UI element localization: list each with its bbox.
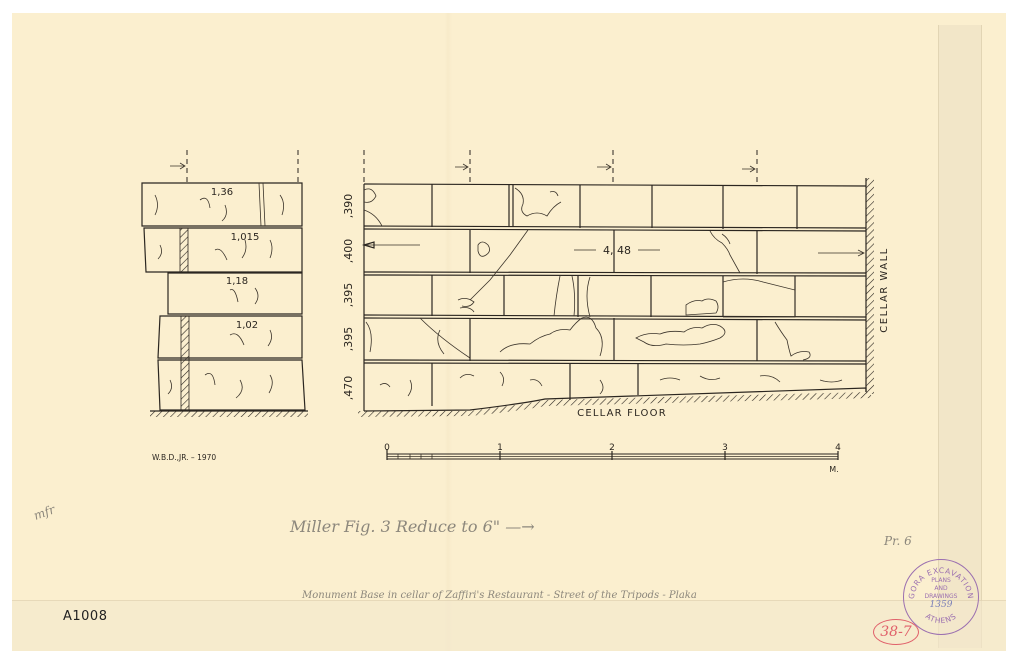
- scale-tick-0: 0: [384, 443, 390, 453]
- course-height-3: ,395: [342, 283, 355, 308]
- course-height-5: ,470: [342, 376, 355, 401]
- scale-bar: 0 1 2 3 4 M.: [384, 443, 841, 474]
- pencil-note-reduce: Miller Fig. 3 Reduce to 6" —→: [289, 517, 535, 536]
- pencil-caption: Monument Base in cellar of Zaffiri's Res…: [301, 590, 697, 601]
- scale-tick-3: 3: [722, 443, 728, 453]
- course-height-4: ,395: [342, 327, 355, 352]
- stamp-number: 1359: [904, 601, 978, 609]
- scale-tick-2: 2: [609, 443, 615, 453]
- pencil-corner-note: Pr. 6: [883, 534, 912, 548]
- pencil-initials: mfr: [32, 502, 58, 523]
- course-width-3: 1,18: [226, 276, 248, 287]
- cellar-floor-label: CELLAR FLOOR: [577, 408, 667, 419]
- length-dimension: 4, 48: [603, 244, 631, 257]
- stamp-outer-bottom: ATHENS: [924, 611, 958, 625]
- course-height-1: ,390: [342, 194, 355, 219]
- svg-text:ATHENS: ATHENS: [924, 611, 958, 625]
- red-number-stamp: 38-7: [873, 619, 919, 645]
- cellar-wall-label: CELLAR WALL: [879, 247, 890, 332]
- author-credit: W.B.D.,JR. – 1970: [152, 453, 216, 462]
- architectural-drawing: 1,36 1,015 1,18 1,02: [0, 0, 1024, 669]
- scale-tick-1: 1: [497, 443, 503, 453]
- course-width-4: 1,02: [236, 320, 258, 331]
- course-width-2: 1,015: [231, 232, 260, 243]
- scale-tick-4: 4: [835, 443, 841, 453]
- course-height-2: ,400: [342, 239, 355, 264]
- scale-unit: M.: [829, 465, 838, 474]
- elevation-view: 4, 48 ,390 ,400 ,395 ,395 ,470 CELLAR WA…: [342, 150, 890, 419]
- stamp-inner-line-1: PLANS: [904, 577, 978, 585]
- section-view: 1,36 1,015 1,18 1,02: [142, 150, 308, 417]
- catalog-number: A1008: [63, 609, 107, 624]
- stamp-inner-line-2: AND: [904, 585, 978, 593]
- course-width-1: 1,36: [211, 187, 233, 198]
